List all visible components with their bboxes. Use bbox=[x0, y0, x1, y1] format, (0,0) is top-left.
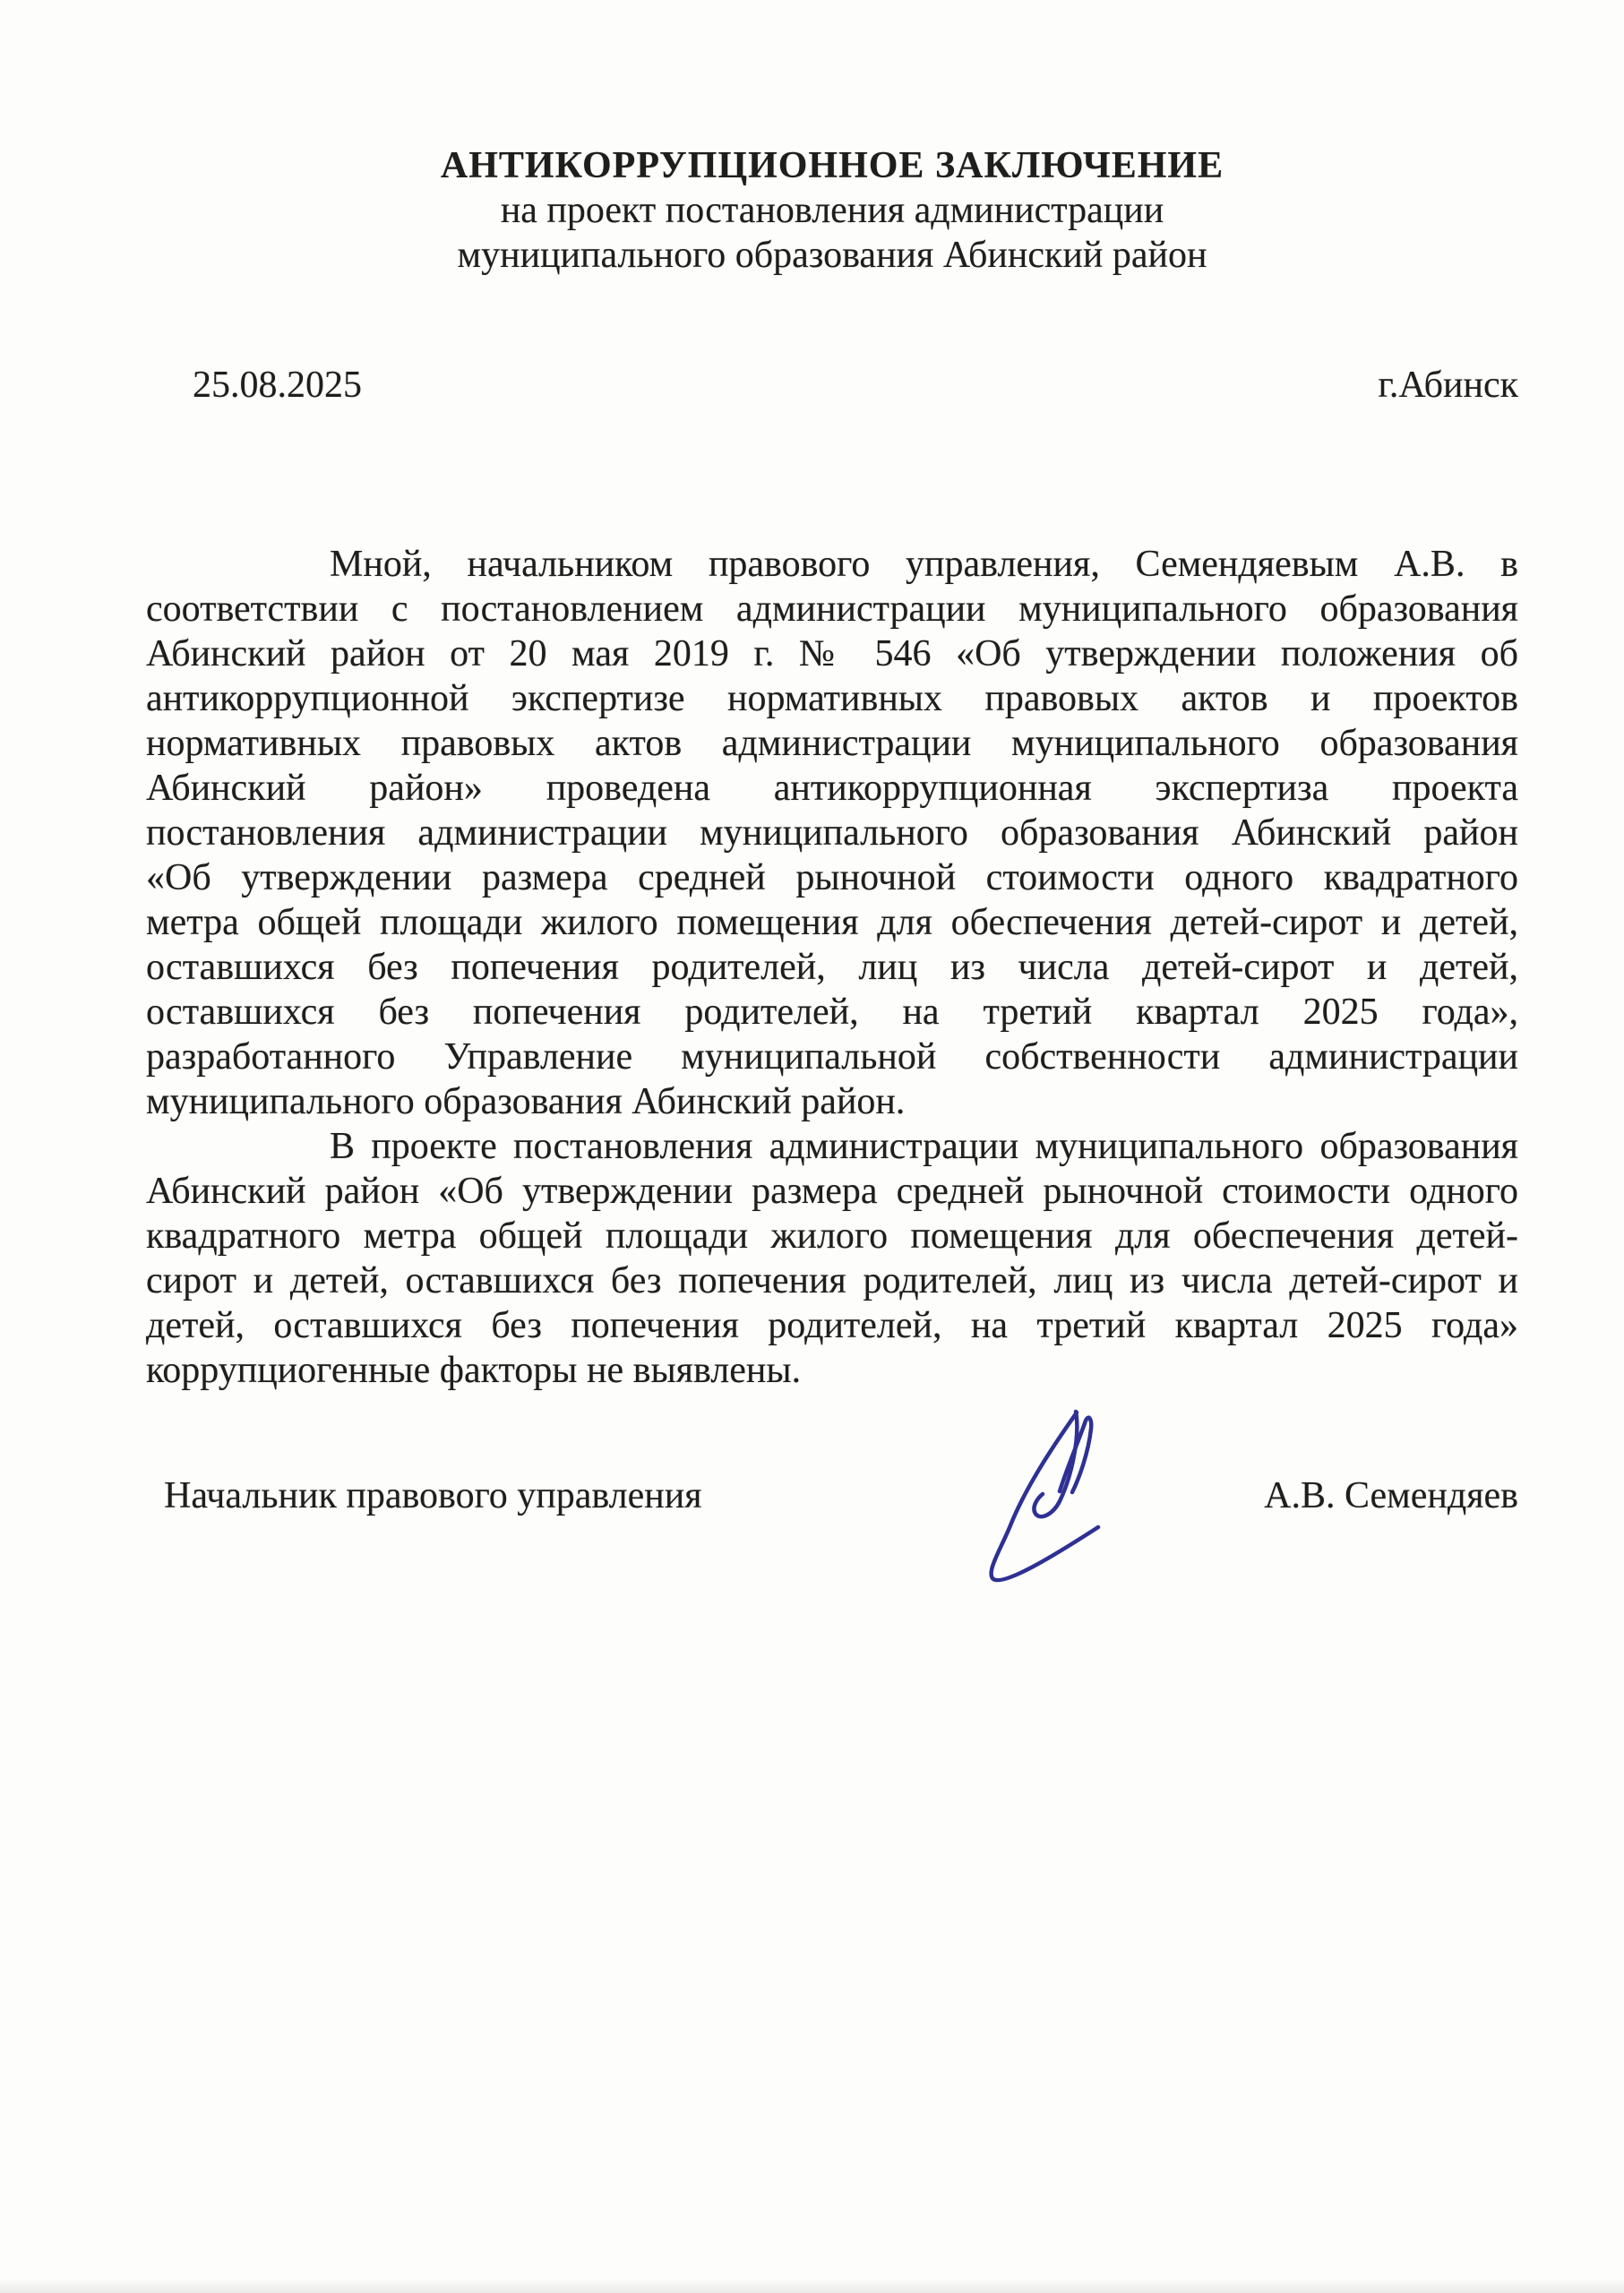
body-paragraph-2: В проекте постановления администрации му… bbox=[146, 1124, 1518, 1393]
body-paragraph-1: Мной, начальником правового управления, … bbox=[146, 542, 1518, 1124]
paragraph-line: разработанного Управление муниципальной … bbox=[146, 1035, 1518, 1079]
signer-name-text: А.В. Семендяев bbox=[1264, 1473, 1518, 1518]
paragraph-line: соответствии с постановлением администра… bbox=[146, 587, 1518, 631]
document-subtitle-line-2: муниципального образования Абинский райо… bbox=[146, 233, 1518, 278]
paragraph-line: В проекте постановления администрации му… bbox=[146, 1124, 1518, 1169]
paragraph-line: детей, оставшихся без попечения родителе… bbox=[146, 1303, 1518, 1348]
document-body: Мной, начальником правового управления, … bbox=[146, 542, 1518, 1393]
handwritten-signature bbox=[941, 1375, 1209, 1644]
paragraph-line: оставшихся без попечения родителей, лиц … bbox=[146, 945, 1518, 990]
dateline: 25.08.2025 г.Абинск bbox=[146, 363, 1518, 408]
scanned-document-page: АНТИКОРРУПЦИОННОЕ ЗАКЛЮЧЕНИЕ на проект п… bbox=[0, 0, 1624, 2293]
document-subtitle-line-1: на проект постановления администрации bbox=[146, 188, 1518, 233]
paragraph-line: постановления администрации муниципально… bbox=[146, 811, 1518, 855]
paragraph-line: Мной, начальником правового управления, … bbox=[146, 542, 1518, 587]
document-place: г.Абинск bbox=[1378, 363, 1518, 408]
scan-artifact-bottom-edge bbox=[0, 2279, 1624, 2293]
paragraph-line: нормативных правовых актов администрации… bbox=[146, 721, 1518, 766]
paragraph-line: муниципального образования Абинский райо… bbox=[146, 1079, 1518, 1124]
paragraph-line: антикоррупционной экспертизе нормативных… bbox=[146, 676, 1518, 721]
signer-role-text: Начальник правового управления bbox=[146, 1473, 702, 1518]
paragraph-line: коррупциогенные факторы не выявлены. bbox=[146, 1348, 1518, 1393]
document-date: 25.08.2025 bbox=[146, 363, 362, 408]
document-heading: АНТИКОРРУПЦИОННОЕ ЗАКЛЮЧЕНИЕ на проект п… bbox=[146, 143, 1518, 278]
paragraph-line: Абинский район «Об утверждении размера с… bbox=[146, 1169, 1518, 1214]
signature-row: Начальник правового управления А.В. Семе… bbox=[146, 1473, 1518, 1518]
paragraph-line: сирот и детей, оставшихся без попечения … bbox=[146, 1258, 1518, 1303]
paragraph-line: «Об утверждении размера средней рыночной… bbox=[146, 855, 1518, 900]
paragraph-line: оставшихся без попечения родителей, на т… bbox=[146, 990, 1518, 1035]
document-title: АНТИКОРРУПЦИОННОЕ ЗАКЛЮЧЕНИЕ bbox=[146, 143, 1518, 188]
paragraph-line: квадратного метра общей площади жилого п… bbox=[146, 1214, 1518, 1258]
signature-stroke bbox=[992, 1413, 1098, 1580]
document-content: АНТИКОРРУПЦИОННОЕ ЗАКЛЮЧЕНИЕ на проект п… bbox=[146, 0, 1518, 1518]
paragraph-line: Абинский район» проведена антикоррупцион… bbox=[146, 766, 1518, 811]
paragraph-line: Абинский район от 20 мая 2019 г. № 546 «… bbox=[146, 631, 1518, 676]
paragraph-line: метра общей площади жилого помещения для… bbox=[146, 900, 1518, 945]
